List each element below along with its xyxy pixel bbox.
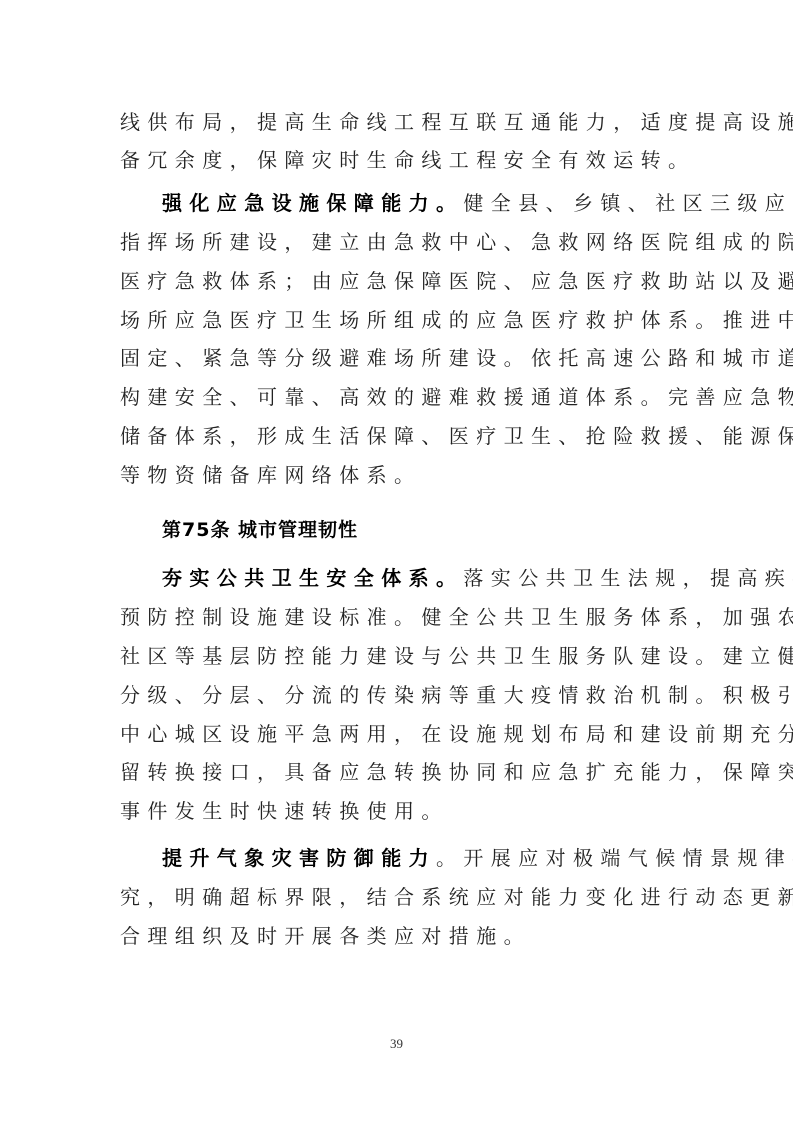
paragraph-lead-bold: 强化应急设施保障能力。 [162, 191, 463, 215]
paragraph-lead-bold: 夯实公共卫生安全体系。 [162, 566, 463, 590]
paragraph-lead-bold: 提升气象灾害防御能力 [162, 846, 436, 870]
paragraph-line: 场所应急医疗卫生场所组成的应急医疗救护体系。推进中心、 [120, 305, 680, 335]
paragraph-line: 预防控制设施建设标准。健全公共卫生服务体系，加强农村、 [120, 602, 680, 632]
paragraph-text: 落实公共卫生法规，提高疾病 [463, 566, 793, 590]
paragraph-line: 社区等基层防控能力建设与公共卫生服务队建设。建立健全 [120, 641, 680, 671]
paragraph-line: 留转换接口，具备应急转换协同和应急扩充能力，保障突发 [120, 757, 680, 787]
paragraph-line: 中心城区设施平急两用，在设施规划布局和建设前期充分预 [120, 719, 680, 749]
paragraph-first-line: 提升气象灾害防御能力。开展应对极端气候情景规律研 [162, 843, 722, 873]
paragraph-text: 。开展应对极端气候情景规律研 [436, 846, 793, 870]
paragraph-line: 储备体系，形成生活保障、医疗卫生、抢险救援、能源保障 [120, 421, 680, 451]
paragraph-line: 医疗急救体系；由应急保障医院、应急医疗救助站以及避难 [120, 266, 680, 296]
paragraph-line: 构建安全、可靠、高效的避难救援通道体系。完善应急物资 [120, 382, 680, 412]
paragraph-line: 合理组织及时开展各类应对措施。 [120, 921, 680, 951]
paragraph-first-line: 强化应急设施保障能力。健全县、乡镇、社区三级应急 [162, 188, 722, 218]
paragraph-text: 健全县、乡镇、社区三级应急 [463, 191, 793, 215]
paragraph-line: 固定、紧急等分级避难场所建设。依托高速公路和城市道路， [120, 343, 680, 373]
paragraph-line: 究，明确超标界限，结合系统应对能力变化进行动态更新， [120, 882, 680, 912]
article-heading: 第75条 城市管理韧性 [162, 515, 722, 545]
paragraph-line: 等物资储备库网络体系。 [120, 460, 680, 490]
document-page: 线供布局，提高生命线工程互联互通能力，适度提高设施设 备冗余度，保障灾时生命线工… [0, 0, 793, 1122]
paragraph-line: 分级、分层、分流的传染病等重大疫情救治机制。积极引导 [120, 680, 680, 710]
paragraph-line: 指挥场所建设，建立由急救中心、急救网络医院组成的院前 [120, 227, 680, 257]
paragraph-first-line: 夯实公共卫生安全体系。落实公共卫生法规，提高疾病 [162, 563, 722, 593]
paragraph-line: 备冗余度，保障灾时生命线工程安全有效运转。 [120, 145, 680, 175]
page-number: 39 [0, 1036, 793, 1052]
paragraph-line: 事件发生时快速转换使用。 [120, 796, 680, 826]
paragraph-line: 线供布局，提高生命线工程互联互通能力，适度提高设施设 [120, 107, 680, 137]
